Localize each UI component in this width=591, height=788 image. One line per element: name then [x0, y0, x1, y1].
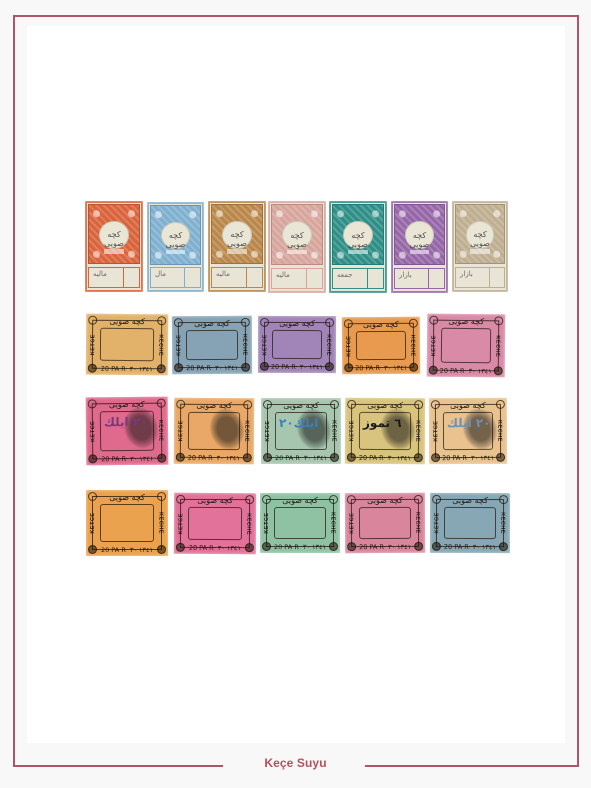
oval-overprint: کچه صویی [100, 230, 128, 248]
stamp-oval: کچه صویی [343, 221, 373, 249]
lower-script: مالیه [93, 270, 107, 278]
stamp-top-script: کچه صویی [261, 401, 341, 410]
stamp-side-right: KECHE [242, 334, 248, 356]
stamp-ornament: کچه صویی [271, 204, 323, 265]
stamp: کچه صوییمالیه [268, 201, 326, 293]
stamp-top-script: کچه صویی [86, 317, 168, 327]
stamp-side-left: KETCE [346, 335, 352, 356]
stamp-banner [166, 250, 186, 255]
stamp-side-right: KECHE [330, 512, 336, 534]
stamp-denomination: 20 PA·R· ١٣٤١ ٣٠ [427, 367, 505, 376]
stamp-denomination: 20 PA·R· ١٣٤١ ٣٠ [342, 364, 420, 373]
stamp-side-left: KETCE [433, 421, 439, 442]
stamp-window [441, 328, 491, 364]
stamp-lower-panel: مالیه [211, 267, 263, 288]
stamp-top-script: کچه صویی [260, 496, 340, 505]
stamp: کچه صوییبازار [452, 201, 508, 292]
stamp-top-script: کچه صویی [345, 401, 425, 410]
stamp-denomination: 20 PA·R· ١٣٤١ ٣٠ [345, 543, 425, 551]
stamp-oval: کچه صویی [99, 221, 129, 249]
lower-script: بازار [460, 270, 473, 278]
stamp-side-right: KECHE [500, 512, 506, 534]
stamp-side-right: KECHE [410, 334, 416, 356]
lower-script: جمعه [337, 271, 353, 279]
stamp-side-left: KETCE [349, 513, 355, 534]
stamp: کچه صوییKETCEKECHE20 PA·R· ١٣٤١ ٣٠ [174, 493, 256, 554]
lower-script: مالیه [276, 271, 290, 279]
stamp-banner [470, 249, 489, 254]
stamp: کچه صوییKETCEKECHE20 PA·R· ١٣٤١ ٣٠ [345, 493, 425, 553]
stamp-top-script: کچه صویی [430, 496, 510, 505]
stamp-ornament: کچه صویی [394, 204, 445, 265]
stamp-denomination: 20 PA·R· ١٣٤١ ٣٠ [429, 454, 507, 462]
stamp-overprint: ایلك٢٠ [279, 416, 318, 430]
stamp-window [100, 504, 154, 542]
stamp-window [272, 330, 322, 359]
stamp-top-script: کچه صویی [258, 319, 336, 328]
stamp-denomination: 20 PA·R· ١٣٤١ ٣٠ [86, 546, 168, 554]
stamp-banner [348, 250, 368, 255]
stamp-side-right: KECHE [326, 334, 332, 356]
lower-divider [123, 268, 124, 287]
stamp: کچه صوییKETCEKECHE20 PA·R· ١٣٤١ ٣٠ [86, 314, 169, 376]
lower-divider [246, 268, 247, 287]
stamp-overprint: ٢٠ ایلك [447, 416, 491, 430]
stamp-side-left: KETCE [178, 420, 184, 441]
stamp: کچه صوییKETCEKECHE20 PA·R· ١٣٤١ ٣٠ [430, 493, 510, 553]
stamp-ornament: کچه صویی [211, 204, 263, 264]
stamp-denomination: 20 PA·R· ١٣٤١ ٣٠ [345, 454, 425, 462]
oval-overprint: کچه صویی [467, 230, 494, 248]
lower-divider [367, 269, 368, 288]
stamp-window [359, 507, 411, 539]
stamp-top-script: کچه صویی [86, 493, 168, 502]
stamp-banner [287, 250, 307, 255]
stamp: کچه صوییجمعه [329, 201, 387, 293]
lower-script: مال [155, 270, 166, 278]
stamp-side-left: KETCE [265, 420, 271, 441]
stamp-side-left: KETCE [90, 334, 96, 355]
oval-overprint: کچه صویی [162, 231, 189, 249]
stamp: کچه صوییKETCEKECHE20 PA·R· ١٣٤١ ٣٠٢٠ ایل… [86, 397, 169, 466]
stamp-lower-panel: مالیه [88, 267, 140, 288]
lower-divider [306, 269, 307, 288]
stamp-lower-panel: مالیه [271, 268, 323, 289]
stamp-top-script: کچه صویی [172, 319, 252, 328]
stamp: کچه صوییمالیه [85, 201, 143, 292]
stamp-window [274, 507, 326, 539]
stamp-banner [104, 249, 124, 254]
stamp-lower-panel: جمعه [332, 268, 384, 289]
stamp: کچه صوییبازار [391, 201, 448, 293]
stamp-window [356, 331, 406, 360]
stamp-overprint: ٦ تموز [363, 416, 402, 430]
stamp-denomination: 20 PA·R· ١٣٤١ ٣٠ [260, 543, 340, 551]
oval-overprint: کچه صویی [344, 231, 372, 249]
stamp-side-left: KETCE [431, 335, 437, 356]
stamp-ornament: کچه صویی [455, 204, 505, 264]
stamp: کچه صوییKETCEKECHE20 PA·R· ١٣٤١ ٣٠ [174, 398, 254, 465]
stamp-oval: کچه صویی [466, 221, 495, 249]
stamp: کچه صوییKETCEKECHE20 PA·R· ١٣٤١ ٣٠ [427, 314, 506, 378]
stamp-ornament: کچه صویی [150, 205, 201, 265]
stamp-overprint: ٢٠ ایلك [104, 415, 148, 429]
stamp-denomination: 20 PA·R· ١٣٤١ ٣٠ [86, 455, 168, 464]
stamp-side-left: KETCE [178, 513, 184, 534]
stamp-ornament: کچه صویی [332, 204, 384, 265]
stamp-top-script: کچه صویی [174, 496, 256, 505]
stamp: کچه صوییKETCEKECHE20 PA·R· ١٣٤١ ٣٠ [342, 317, 420, 375]
footer-title: Keçe Suyu [223, 756, 368, 770]
stamp-top-script: کچه صویی [86, 400, 168, 410]
stamp: کچه صوییKETCEKECHE20 PA·R· ١٣٤١ ٣٠ [172, 316, 252, 374]
oval-overprint: کچه صویی [283, 231, 311, 249]
stamp-window [100, 328, 154, 361]
stamp-denomination: 20 PA·R· ١٣٤١ ٣٠ [258, 363, 336, 371]
stamp-side-right: KECHE [495, 335, 501, 357]
lower-script: مالیه [216, 270, 230, 278]
stamp-denomination: 20 PA·R· ١٣٤١ ٣٠ [86, 365, 168, 374]
stamp: کچه صوییمال [147, 202, 204, 292]
stamp-lower-panel: بازار [455, 267, 505, 288]
stamp-side-right: KECHE [415, 512, 421, 534]
stamp: کچه صوییمالیه [208, 201, 266, 292]
stamp-ornament: کچه صویی [88, 204, 140, 264]
lower-divider [489, 268, 490, 287]
stamp-denomination: 20 PA·R· ١٣٤١ ٣٠ [174, 544, 256, 552]
stamp-top-script: کچه صویی [429, 401, 507, 410]
stamp-oval: کچه صویی [222, 221, 252, 249]
stamp-top-script: کچه صویی [427, 317, 505, 327]
stamp-denomination: 20 PA·R· ١٣٤١ ٣٠ [174, 454, 254, 463]
stamp-top-script: کچه صویی [345, 496, 425, 505]
stamp: کچه صوییKETCEKECHE20 PA·R· ١٣٤١ ٣٠ایلك٢٠ [261, 398, 341, 464]
stamp-side-right: KECHE [158, 512, 164, 534]
stamp: کچه صوییKETCEKECHE20 PA·R· ١٣٤١ ٣٠٢٠ ایل… [429, 398, 507, 464]
stamp-side-left: KETCE [349, 420, 355, 441]
stamp-oval: کچه صویی [282, 221, 312, 249]
content-panel [27, 26, 565, 743]
stamp: کچه صوییKETCEKECHE20 PA·R· ١٣٤١ ٣٠ [86, 490, 168, 556]
stamp: کچه صوییKETCEKECHE20 PA·R· ١٣٤١ ٣٠ [258, 316, 336, 373]
lower-divider [184, 268, 185, 287]
stamp-lower-panel: بازار [394, 268, 445, 289]
stamp-oval: کچه صویی [161, 222, 190, 249]
stamp-side-right: KECHE [158, 334, 164, 356]
stamp-side-left: KETCE [90, 512, 96, 533]
stamp-lower-panel: مال [150, 267, 201, 288]
stamp-side-left: KETCE [264, 512, 270, 533]
stamp-banner [227, 249, 247, 254]
stamp-side-left: KETCE [262, 334, 268, 355]
oval-overprint: کچه صویی [223, 230, 251, 248]
lower-divider [428, 269, 429, 288]
stamp-top-script: کچه صویی [174, 401, 254, 411]
stamp-side-left: KETCE [90, 421, 96, 442]
stamp-banner [410, 250, 430, 255]
oval-overprint: کچه صویی [406, 231, 433, 249]
stamp-side-right: KECHE [246, 513, 252, 535]
stamp-oval: کچه صویی [405, 221, 434, 249]
stamp-side-left: KETCE [176, 335, 182, 356]
stamp-window [186, 330, 238, 360]
lower-script: بازار [399, 271, 412, 279]
stamp-side-left: KETCE [434, 512, 440, 533]
stamp-denomination: 20 PA·R· ١٣٤١ ٣٠ [261, 454, 341, 462]
stamp-denomination: 20 PA·R· ١٣٤١ ٣٠ [172, 364, 252, 372]
stamp-top-script: کچه صویی [342, 320, 420, 330]
stamp: کچه صوییKETCEKECHE20 PA·R· ١٣٤١ ٣٠٦ تموز [345, 398, 425, 464]
stamp-window [444, 507, 496, 539]
stamp: کچه صوییKETCEKECHE20 PA·R· ١٣٤١ ٣٠ [260, 493, 340, 553]
stamp-window [188, 507, 242, 540]
stamp-denomination: 20 PA·R· ١٣٤١ ٣٠ [430, 543, 510, 551]
